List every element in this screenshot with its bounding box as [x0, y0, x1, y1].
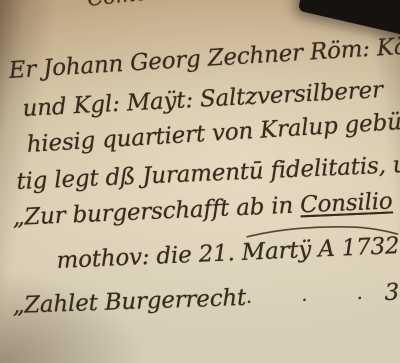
- payment-label: „Zahlet Burgerrecht: [12, 285, 246, 319]
- line5-pre: „Zur burgerschafft ab in: [12, 192, 301, 231]
- handwriting-layer: Comotov: d Er Johann Georg Zechner Röm: …: [0, 0, 400, 363]
- handwritten-line-oath: tig legt dß Juramentū fidelitatis, und: [16, 151, 400, 195]
- header-line-cropped: Comotov: d: [86, 0, 207, 11]
- handwritten-line-name: Er Johann Georg Zechner Röm: Käyß:: [8, 31, 400, 83]
- payment-amount: 30. fl. rl.: [384, 277, 400, 306]
- payment-dot-leaders: . . .: [246, 282, 385, 308]
- manuscript-photo: Comotov: d Er Johann Georg Zechner Röm: …: [0, 0, 400, 363]
- line5-consilio-underlined: Consilio: [300, 188, 393, 218]
- handwritten-line-payment: „Zahlet Burgerrecht . . . 30. fl. rl.: [12, 280, 393, 319]
- line5-post: Com„: [392, 185, 400, 214]
- handwritten-line-date: mothov: die 21. Martÿ A 1732.: [56, 233, 400, 274]
